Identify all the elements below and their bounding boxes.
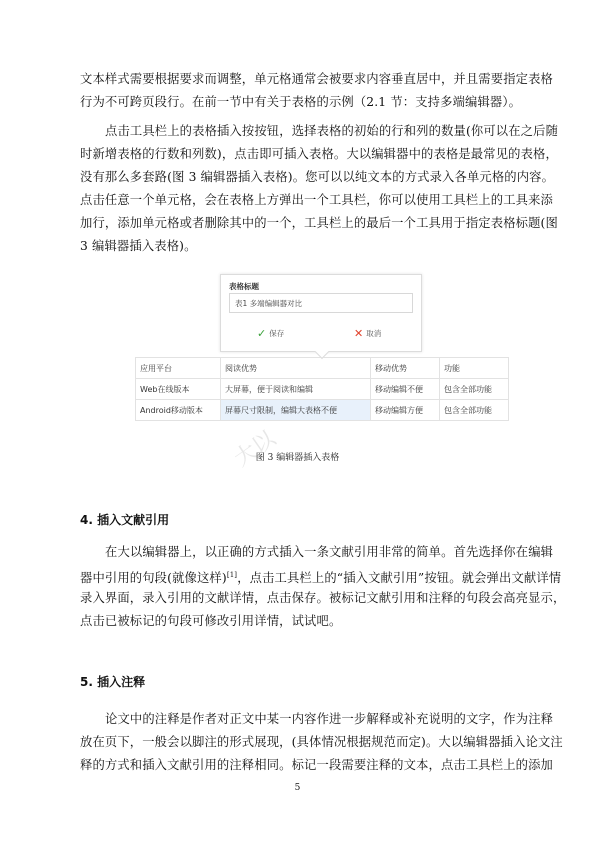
table-cell[interactable]: 功能 xyxy=(440,358,509,379)
table-title-input[interactable]: 表1 多端编辑器对比 xyxy=(229,293,413,313)
table-cell-selected[interactable]: 屏幕尺寸限制，编辑大表格不便 xyxy=(221,400,371,421)
save-label: 保存 xyxy=(269,328,284,339)
section-heading-4: 4. 插入文献引用 xyxy=(80,511,169,528)
table-title-popup: 表格标题 表1 多端编辑器对比 ✓ 保存 ✕ 取消 xyxy=(220,274,422,352)
text-line: 放在页下，一般会以脚注的形式展现，(具体情况根据规范而定)。大以编辑器插入论文注 xyxy=(80,731,516,754)
table-row: 应用平台 阅读优势 移动优势 功能 xyxy=(136,358,509,379)
table-cell[interactable]: 阅读优势 xyxy=(221,358,371,379)
cancel-label: 取消 xyxy=(366,328,381,339)
table-cell[interactable]: 大屏幕，便于阅读和编辑 xyxy=(221,379,371,400)
table-cell[interactable]: 移动优势 xyxy=(371,358,440,379)
table-title-label: 表格标题 xyxy=(229,281,259,292)
close-icon: ✕ xyxy=(354,327,363,340)
text-line: 录入界面，录入引用的文献详情，点击保存。被标记文献引用和注释的句段会高亮显示， xyxy=(80,587,516,610)
figure-caption: 图 3 编辑器插入表格 xyxy=(0,450,595,463)
text-line: 时新增表格的行数和列数)，点击即可插入表格。大以编辑器中的表格是最常见的表格， xyxy=(80,143,516,166)
cancel-button[interactable]: ✕ 取消 xyxy=(354,327,381,340)
table-cell[interactable]: 移动编辑方便 xyxy=(371,400,440,421)
page-number: 5 xyxy=(0,783,595,793)
text-line: 器中引用的句段(就像这样)[1]，点击工具栏上的“插入文献引用”按钮。就会弹出文… xyxy=(80,564,516,587)
save-button[interactable]: ✓ 保存 xyxy=(257,327,284,340)
table-row: Android移动版本 屏幕尺寸限制，编辑大表格不便 移动编辑方便 包含全部功能 xyxy=(136,400,509,421)
text-line: 文本样式需要根据要求而调整，单元格通常会被要求内容垂直居中，并且需要指定表格 xyxy=(80,68,516,91)
text-line: 加行，添加单元格或者删除其中的一个，工具栏上的最后一个工具用于指定表格标题(图 xyxy=(80,212,516,235)
text-line: 在大以编辑器上，以正确的方式插入一条文献引用非常的简单。首先选择你在编辑 xyxy=(80,541,516,564)
check-icon: ✓ xyxy=(257,327,266,340)
citation-text[interactable]: 器中引用的句段(就像这样) xyxy=(80,571,227,585)
paragraph-insert-table: 点击工具栏上的表格插入按按钮，选择表格的初始的行和列的数量(你可以在之后随 时新… xyxy=(80,120,516,258)
text-line: 点击工具栏上的表格插入按按钮，选择表格的初始的行和列的数量(你可以在之后随 xyxy=(80,120,516,143)
paragraph-citation: 在大以编辑器上，以正确的方式插入一条文献引用非常的简单。首先选择你在编辑 器中引… xyxy=(80,541,516,633)
comparison-table: 应用平台 阅读优势 移动优势 功能 Web在线版本 大屏幕，便于阅读和编辑 移动… xyxy=(135,357,509,421)
table-row: Web在线版本 大屏幕，便于阅读和编辑 移动编辑不便 包含全部功能 xyxy=(136,379,509,400)
table-cell[interactable]: 移动编辑不便 xyxy=(371,379,440,400)
watermark: 大以 xyxy=(227,422,281,473)
text-line: 点击已被标记的句段可修改引用详情，试试吧。 xyxy=(80,610,516,633)
text-line: 3 编辑器插入表格)。 xyxy=(80,235,516,258)
text-line: 释的方式和插入文献引用的注释相同。标记一段需要注释的文本，点击工具栏上的添加 xyxy=(80,754,516,777)
paragraph-table-style: 文本样式需要根据要求而调整，单元格通常会被要求内容垂直居中，并且需要指定表格 行… xyxy=(80,68,516,114)
table-cell[interactable]: Android移动版本 xyxy=(136,400,221,421)
table-cell[interactable]: Web在线版本 xyxy=(136,379,221,400)
text-line: 论文中的注释是作者对正文中某一内容作进一步解释或补充说明的文字，作为注释 xyxy=(80,708,516,731)
text-span: ，点击工具栏上的“插入文献引用”按钮。就会弹出文献详情 xyxy=(237,571,561,585)
text-line: 没有那么多套路(图 3 编辑器插入表格)。您可以以纯文本的方式录入各单元格的内容… xyxy=(80,166,516,189)
table-cell[interactable]: 包含全部功能 xyxy=(440,379,509,400)
section-heading-5: 5. 插入注释 xyxy=(80,673,145,690)
text-line: 点击任意一个单元格，会在表格上方弹出一个工具栏，你可以使用工具栏上的工具来添 xyxy=(80,189,516,212)
citation-marker[interactable]: [1] xyxy=(227,571,237,579)
paragraph-annotation: 论文中的注释是作者对正文中某一内容作进一步解释或补充说明的文字，作为注释 放在页… xyxy=(80,708,516,777)
table-cell[interactable]: 包含全部功能 xyxy=(440,400,509,421)
text-line: 行为不可跨页段行。在前一节中有关于表格的示例（2.1 节：支持多端编辑器）。 xyxy=(80,91,516,114)
table-cell[interactable]: 应用平台 xyxy=(136,358,221,379)
